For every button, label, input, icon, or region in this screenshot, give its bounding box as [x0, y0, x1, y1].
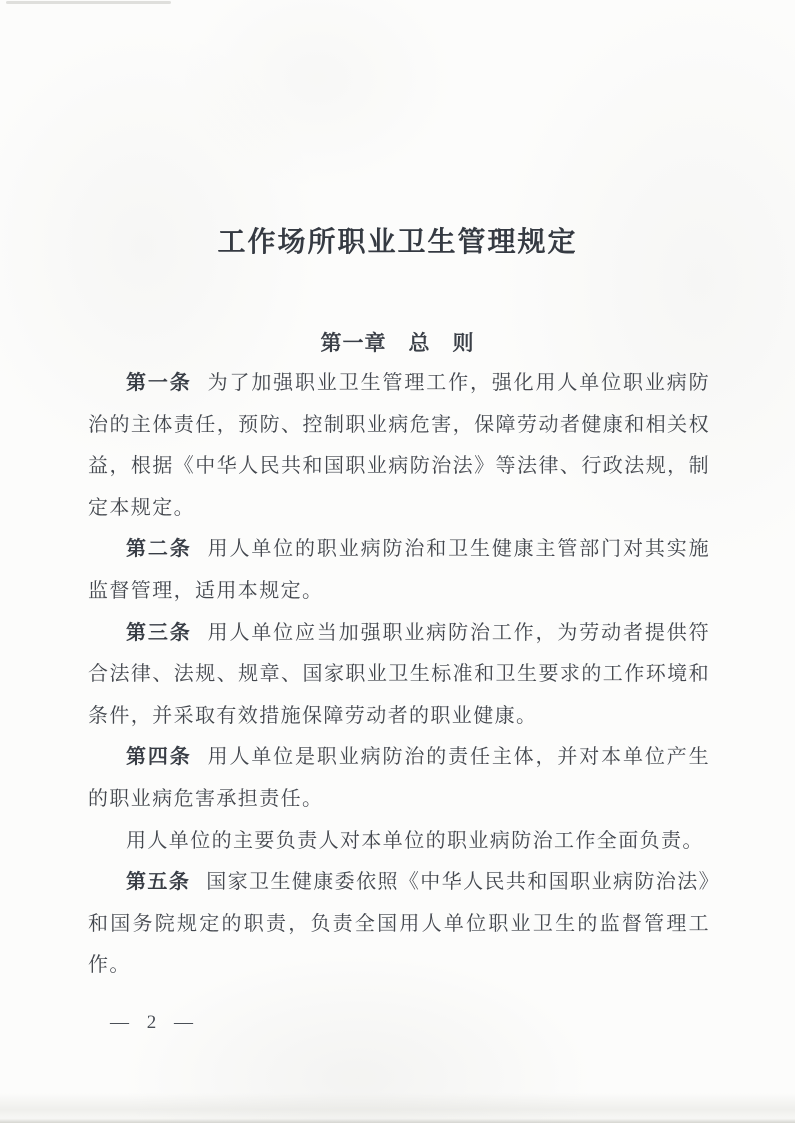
article-paragraph: 第二条用人单位的职业病防治和卫生健康主管部门对其实施监督管理，适用本规定。 — [88, 529, 710, 612]
document-body: 第一条为了加强职业卫生管理工作，强化用人单位职业病防治的主体责任，预防、控制职业… — [88, 363, 710, 987]
article-paragraph: 第五条国家卫生健康委依照《中华人民共和国职业病防治法》和国务院规定的职责，负责全… — [88, 862, 710, 987]
article-number: 第五条 — [126, 871, 190, 893]
article-paragraph: 第四条用人单位是职业病防治的责任主体，并对本单位产生的职业病危害承担责任。 — [88, 737, 710, 820]
scan-artifact-top — [6, 1, 171, 4]
chapter-heading: 第一章 总 则 — [0, 327, 795, 357]
article-number: 第四条 — [126, 746, 192, 768]
article-paragraph: 第一条为了加强职业卫生管理工作，强化用人单位职业病防治的主体责任，预防、控制职业… — [88, 363, 710, 529]
document-page: 工作场所职业卫生管理规定 第一章 总 则 第一条为了加强职业卫生管理工作，强化用… — [0, 0, 795, 1123]
page-title: 工作场所职业卫生管理规定 — [0, 220, 795, 260]
article-text: 用人单位的主要负责人对本单位的职业病防治工作全面负责。 — [126, 830, 704, 852]
scan-artifact-bottom — [0, 1093, 795, 1123]
article-number: 第三条 — [126, 622, 192, 644]
article-number: 第一条 — [126, 372, 192, 394]
article-paragraph: 用人单位的主要负责人对本单位的职业病防治工作全面负责。 — [88, 821, 710, 863]
article-paragraph: 第三条用人单位应当加强职业病防治工作，为劳动者提供符合法律、法规、规章、国家职业… — [88, 613, 710, 738]
page-number: — 2 — — [110, 1012, 198, 1034]
article-number: 第二条 — [126, 538, 192, 560]
article-text: 为了加强职业卫生管理工作，强化用人单位职业病防治的主体责任，预防、控制职业病危害… — [88, 372, 710, 519]
